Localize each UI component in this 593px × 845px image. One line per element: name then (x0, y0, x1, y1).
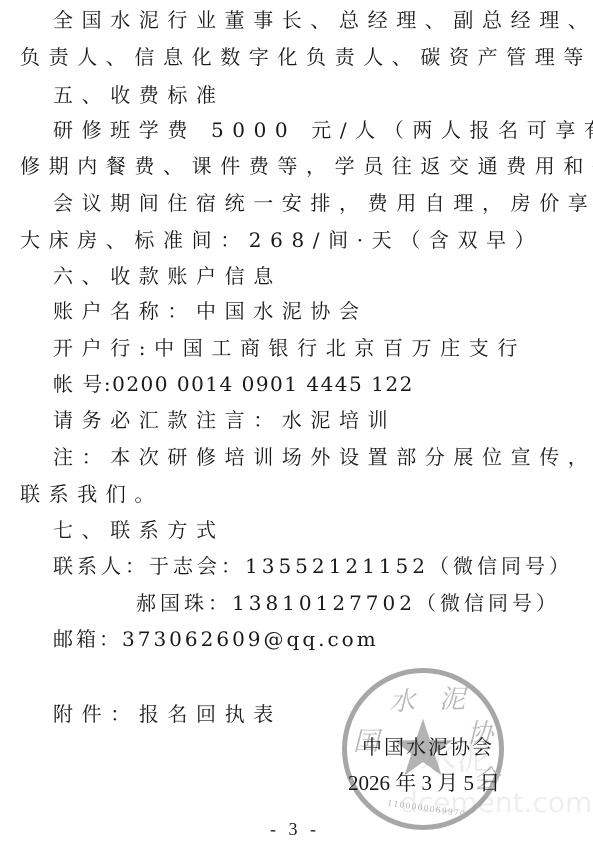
section-heading-fees: 五、收费标准 (53, 82, 225, 108)
paragraph-tuition-line2: 修期内餐费、课件费等，学员往返交通费用和住宿费自理。 (20, 153, 593, 179)
remittance-note: 请务必汇款注言：水泥培训 (53, 407, 396, 433)
section-heading-contact: 七、联系方式 (53, 517, 225, 543)
contact-email: 邮箱：373062609@qq.com (53, 626, 379, 652)
account-name: 账户名称：中国水泥协会 (53, 298, 368, 324)
paragraph-booth-line2: 联系我们。 (20, 481, 163, 507)
signature-date: 2026 年 3 月 5 日 (348, 770, 500, 796)
paragraph-booth-line1: 注：本次研修培训场外设置部分展位宣传，如有合作需求请 (53, 444, 593, 470)
attachment-note: 附件：报名回执表 (53, 701, 282, 727)
section-heading-account: 六、收款账户信息 (53, 263, 282, 289)
seal-char: 泥 (439, 679, 465, 716)
seal-serial: 1100000069970 (387, 799, 467, 819)
paragraph-lodging-line2: 大床房、标准间：268/间·天（含双早） (20, 227, 543, 253)
paragraph-audience-line1: 全国水泥行业董事长、总经理、副总经理、总工程师、生产 (53, 7, 593, 33)
account-number: 帐 号:0200 0014 0901 4445 122 (53, 371, 414, 397)
account-bank: 开户行:中国工商银行北京百万庄支行 (53, 335, 526, 361)
paragraph-lodging-line1: 会议期间住宿统一安排，费用自理，房价享受会议优惠价， (53, 190, 593, 216)
contact-person-1: 联系人：于志会：13552121152（微信同号） (53, 553, 573, 579)
page-number: - 3 - (270, 817, 320, 841)
paragraph-tuition-line1: 研修班学费 5000 元/人（两人报名可享有 9 折优惠），包含研 (53, 117, 593, 143)
contact-person-2: 郝国珠：13810127702（微信同号） (136, 590, 560, 616)
seal-char: 水 (389, 681, 415, 718)
paragraph-audience-line2: 负责人、信息化数字化负责人、碳资产管理等中高层管理者。 (20, 44, 593, 70)
signature-organization: 中国水泥协会 (362, 734, 494, 760)
